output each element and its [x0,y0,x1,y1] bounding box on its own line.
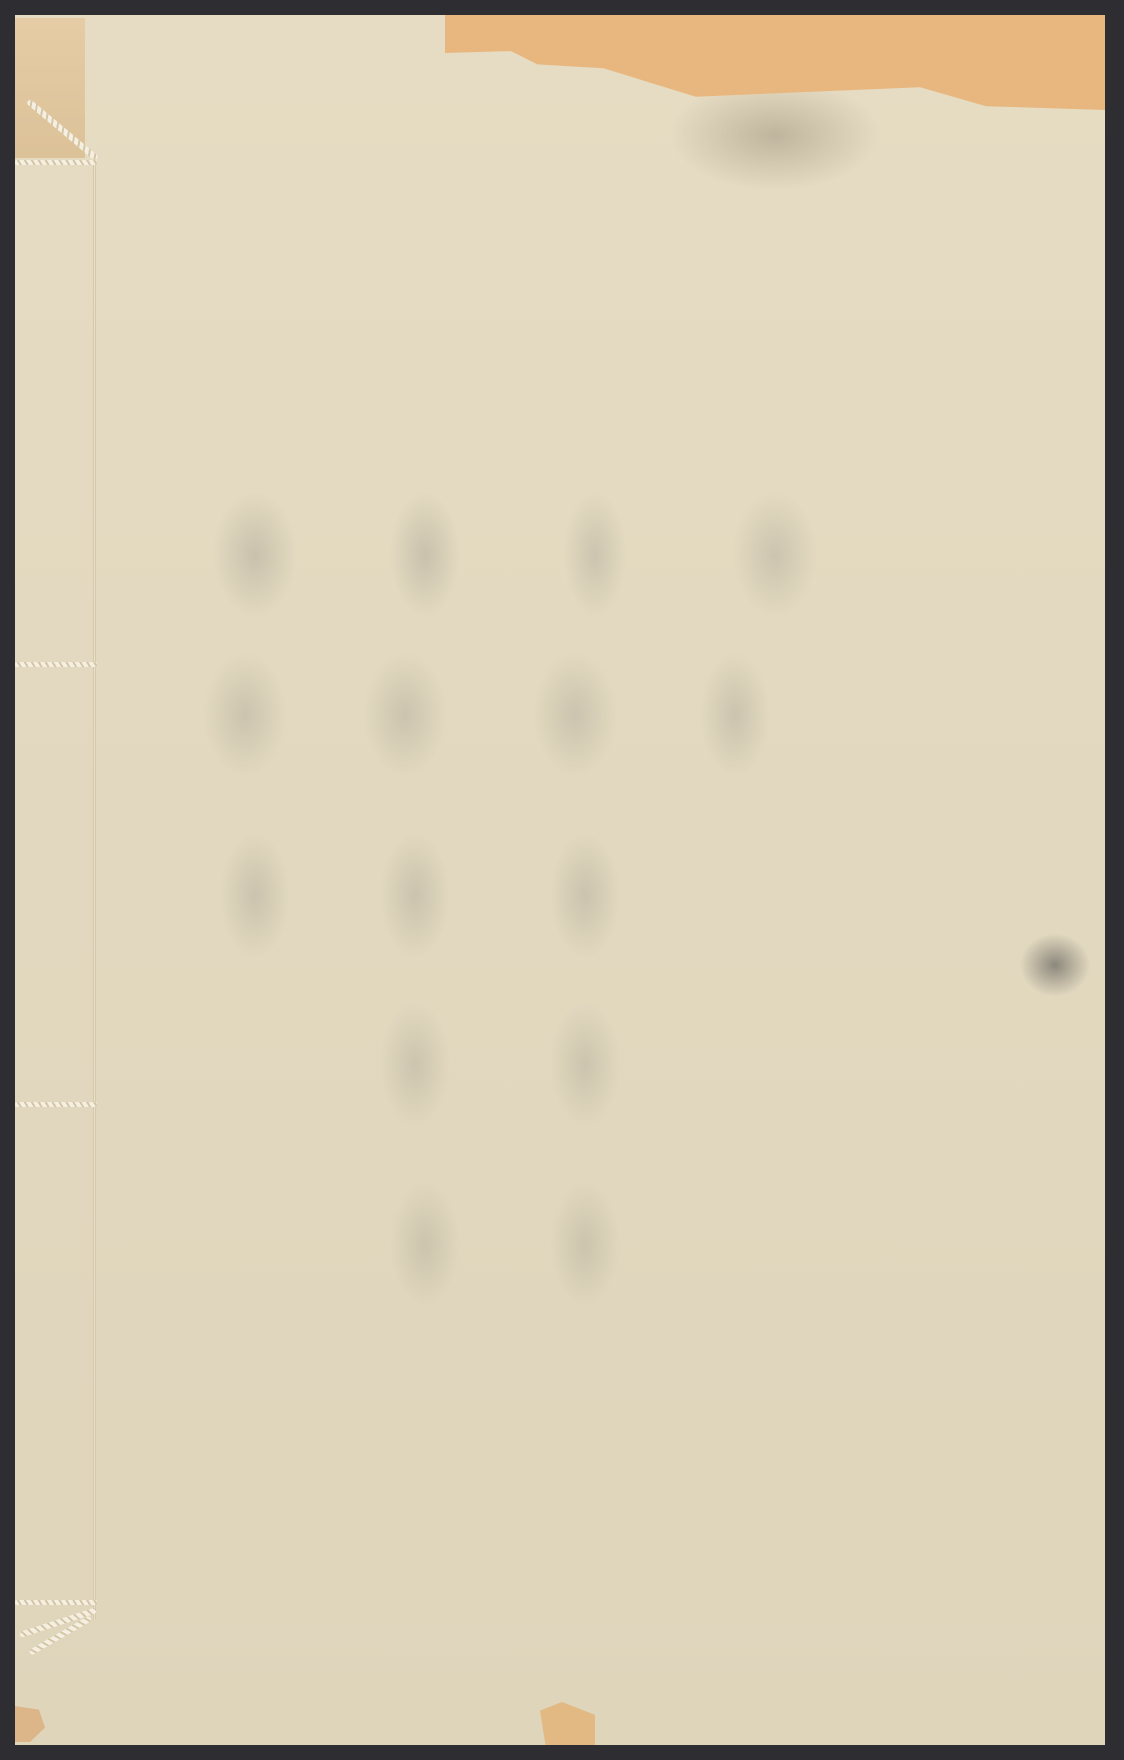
binding-stitch [15,662,97,667]
binding-stitch [15,160,97,165]
book-cover [15,15,1105,1745]
binding-stitch [15,1102,97,1107]
binding-thread [93,160,96,1620]
binding-stitch [15,1600,97,1605]
